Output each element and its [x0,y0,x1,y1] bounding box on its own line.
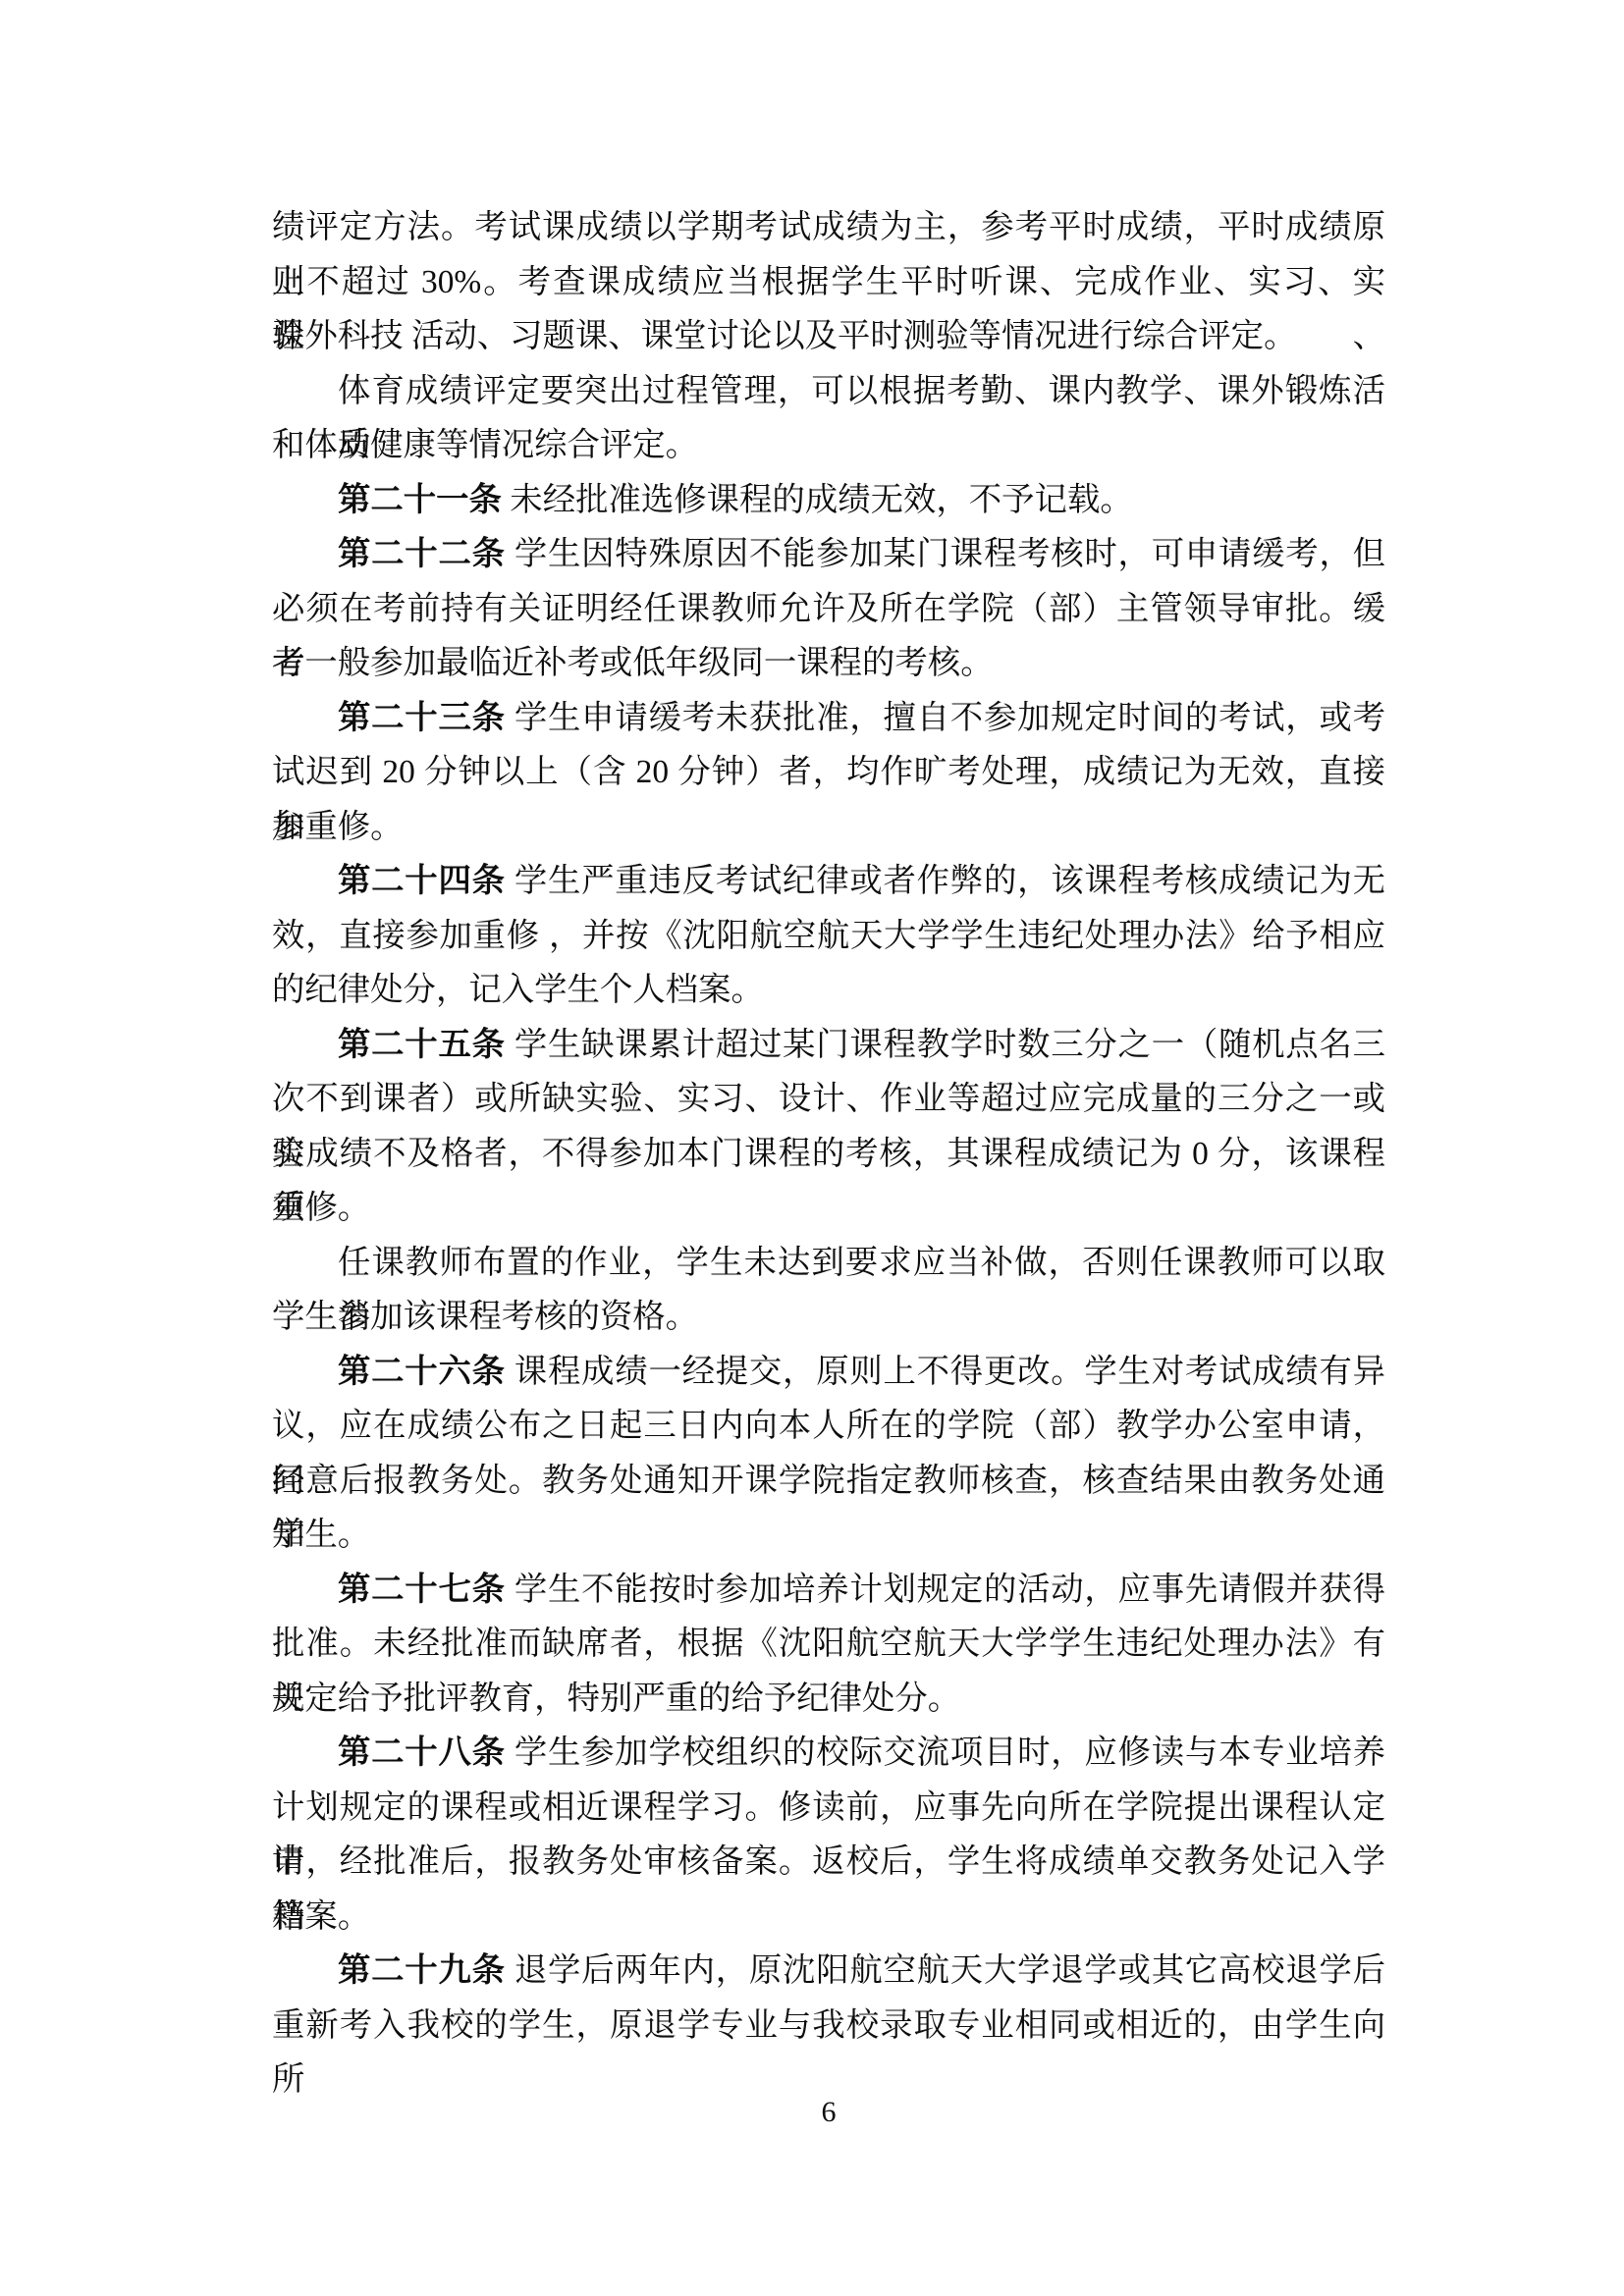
text-lines: 绩评定方法。考试课成绩以学期考试成绩为主，参考平时成绩，平时成绩原则上不超过 3… [272,200,1385,2053]
document-page: 绩评定方法。考试课成绩以学期考试成绩为主，参考平时成绩，平时成绩原则上不超过 3… [0,0,1624,2296]
article-number: 第二十四条 [338,863,506,899]
text-line: 第二十一条 未经批准选修课程的成绩无效，不予记载。 [272,473,1385,528]
text-line: 绩评定方法。考试课成绩以学期考试成绩为主，参考平时成绩，平时成绩原则 [272,200,1385,255]
text-line: 同意后报教务处。教务处通知开课学院指定教师核查，核查结果由教务处通知 [272,1454,1385,1509]
text-line: 试迟到 20 分钟以上（含 20 分钟）者，均作旷考处理，成绩记为无效，直接参 [272,745,1385,800]
article-number: 第二十五条 [338,1027,506,1063]
text-line: 第二十四条 学生严重违反考试纪律或者作弊的，该课程考核成绩记为无 [272,854,1385,909]
text-line: 上不超过 30%。考查课成绩应当根据学生平时听课、完成作业、实习、实验、 [272,255,1385,310]
text-line: 第二十七条 学生不能按时参加培养计划规定的活动，应事先请假并获得 [272,1563,1385,1618]
text-line: 和体质健康等情况综合评定。 [272,418,1385,473]
text-line: 的纪律处分，记入学生个人档案。 [272,963,1385,1018]
text-line: 必须在考前持有关证明经任课教师允许及所在学院（部）主管领导审批。缓考 [272,582,1385,637]
text-line: 课外科技 活动、习题课、课堂讨论以及平时测验等情况进行综合评定。 [272,309,1385,364]
text-line: 第二十三条 学生申请缓考未获批准，擅自不参加规定时间的考试，或考 [272,691,1385,746]
article-number: 第二十一条 [338,482,502,518]
text-line: 批准。未经批准而缺席者，根据《沈阳航空航天大学学生违纪处理办法》有关 [272,1617,1385,1672]
article-number: 第二十二条 [338,536,506,572]
page-number: 6 [822,2096,837,2128]
text-line: 请，经批准后，报教务处审核备案。返校后，学生将成绩单交教务处记入学籍 [272,1835,1385,1890]
text-line: 档案。 [272,1890,1385,1945]
text-line: 议，应在成绩公布之日起三日内向本人所在的学院（部）教学办公室申请，经 [272,1399,1385,1454]
text-line: 学生。 [272,1508,1385,1563]
text-line: 次不到课者）或所缺实验、实习、设计、作业等超过应完成量的三分之一或实 [272,1072,1385,1127]
article-number: 第二十九条 [338,1952,506,1989]
text-line: 效，直接参加重修 ，并按《沈阳航空航天大学学生违纪处理办法》给予相应 [272,909,1385,964]
text-line: 第二十五条 学生缺课累计超过某门课程教学时数三分之一（随机点名三 [272,1018,1385,1073]
text-line: 计划规定的课程或相近课程学习。修读前，应事先向所在学院提出课程认定申 [272,1781,1385,1836]
article-number: 第二十三条 [338,700,506,736]
text-line: 重修。 [272,1181,1385,1236]
text-line: 第二十六条 课程成绩一经提交，原则上不得更改。学生对考试成绩有异 [272,1345,1385,1400]
text-line: 重新考入我校的学生，原退学专业与我校录取专业相同或相近的，由学生向所 [272,1999,1385,2054]
text-line: 加重修。 [272,800,1385,855]
text-line: 第二十八条 学生参加学校组织的校际交流项目时，应修读与本专业培养 [272,1726,1385,1781]
article-number: 第二十七条 [338,1572,506,1608]
article-number: 第二十八条 [338,1735,506,1771]
text-line: 第二十九条 退学后两年内，原沈阳航空航天大学退学或其它高校退学后 [272,1944,1385,1999]
text-line: 学生参加该课程考核的资格。 [272,1290,1385,1345]
text-line: 任课教师布置的作业，学生未达到要求应当补做，否则任课教师可以取消 [272,1236,1385,1291]
article-number: 第二十六条 [338,1354,506,1390]
text-line: 规定给予批评教育，特别严重的给予纪律处分。 [272,1672,1385,1727]
page-footer: 6 [0,2093,1624,2132]
text-line: 者一般参加最临近补考或低年级同一课程的考核。 [272,636,1385,691]
text-line: 体育成绩评定要突出过程管理，可以根据考勤、课内教学、课外锻炼活动 [272,364,1385,419]
text-line: 第二十二条 学生因特殊原因不能参加某门课程考核时，可申请缓考，但 [272,527,1385,582]
text-line: 验成绩不及格者，不得参加本门课程的考核，其课程成绩记为 0 分，该课程须 [272,1127,1385,1182]
